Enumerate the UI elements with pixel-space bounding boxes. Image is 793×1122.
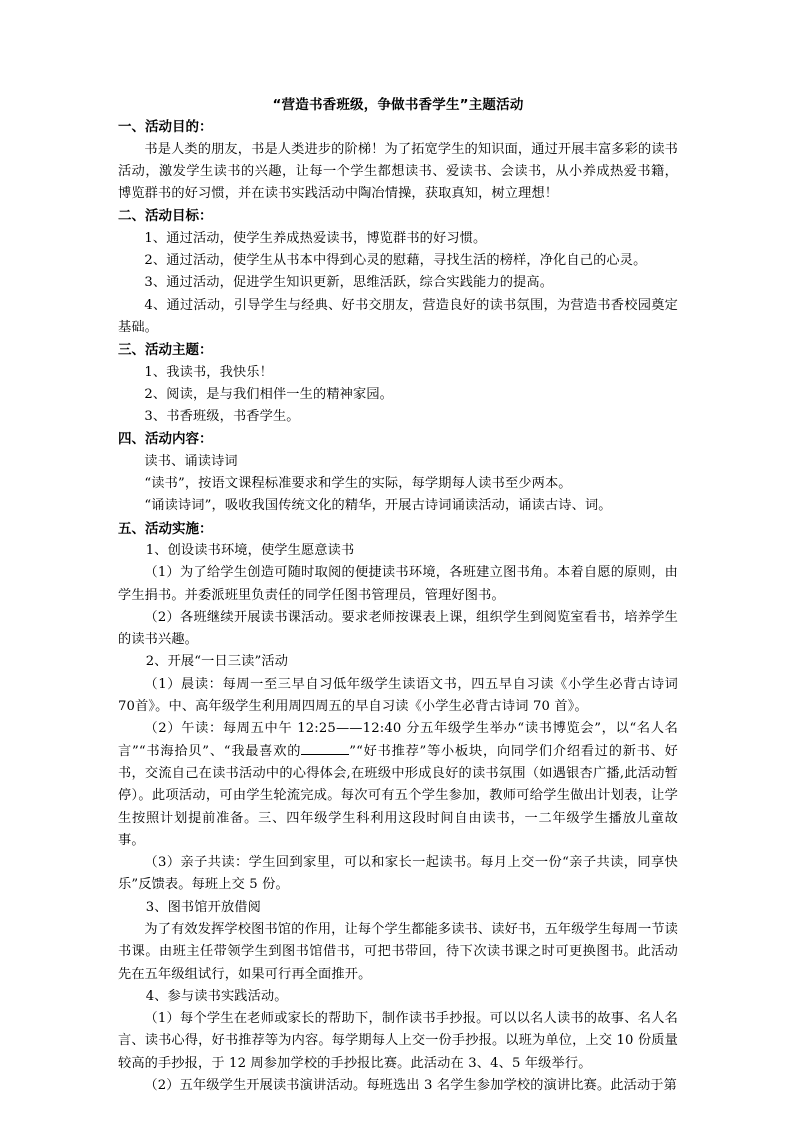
- paragraph: （1）晨读：每周一至三早自习低年级学生读语文书，四五早自习读《小学生必背古诗词 …: [118, 674, 678, 719]
- list-item: 2、阅读，是与我们相伴一生的精神家园。: [118, 384, 678, 406]
- subsection-title: 1、创设读书环境，使学生愿意读书: [118, 540, 678, 562]
- list-item: 4、通过活动，引导学生与经典、好书交朋友，营造良好的读书氛围，为营造书香校园奠定…: [118, 295, 678, 340]
- section-heading-purpose: 一、活动目的：: [118, 116, 678, 138]
- subsection-title: 4、参与读书实践活动。: [118, 986, 678, 1008]
- section-heading-goals: 二、活动目标：: [118, 205, 678, 227]
- subsection-title: 2、开展“一日三读”活动: [118, 651, 678, 673]
- list-item: 3、书香班级，书香学生。: [118, 406, 678, 428]
- list-item: 3、通过活动，促进学生知识更新，思维活跃，综合实践能力的提高。: [118, 272, 678, 294]
- document-title: “营造书香班级，争做书香学生”主题活动: [118, 94, 678, 116]
- paragraph: （3）亲子共读：学生回到家里，可以和家长一起读书。每月上交一份“亲子共读，同享快…: [118, 852, 678, 897]
- list-item: 读书、诵读诗词: [118, 451, 678, 473]
- paragraph: （2）五年级学生开展读书演讲活动。每班选出 3 名学生参加学校的演讲比赛。此活动…: [118, 1075, 678, 1097]
- subsection-title: 3、图书馆开放借阅: [118, 897, 678, 919]
- paragraph: 书是人类的朋友，书是人类进步的阶梯！为了拓宽学生的知识面，通过开展丰富多彩的读书…: [118, 139, 678, 206]
- section-heading-implementation: 五、活动实施：: [118, 518, 678, 540]
- document-page: “营造书香班级，争做书香学生”主题活动 一、活动目的： 书是人类的朋友，书是人类…: [118, 94, 678, 1097]
- list-item: “诵读诗词”，吸收我国传统文化的精华，开展古诗词诵读活动，诵读古诗、词。: [118, 495, 678, 517]
- list-item: 2、通过活动，使学生从书本中得到心灵的慰藉，寻找生活的榜样，净化自己的心灵。: [118, 250, 678, 272]
- text-run: ”“好书推荐”等小板块，向同学们介绍看过的新书、好书，交流自己在读书活动中的心得…: [118, 744, 678, 848]
- list-item: “读书”，按语文课程标准要求和学生的实际，每学期每人读书至少两本。: [118, 473, 678, 495]
- paragraph: （2）午读：每周五中午 12:25——12:40 分五年级学生举办“读书博览会”…: [118, 718, 678, 852]
- section-heading-content: 四、活动内容：: [118, 428, 678, 450]
- paragraph: （2）各班继续开展读书课活动。要求老师按课表上课，组织学生到阅览室看书，培养学生…: [118, 607, 678, 652]
- paragraph: （1）每个学生在老师或家长的帮助下，制作读书手抄报。可以以名人读书的故事、名人名…: [118, 1008, 678, 1075]
- list-item: 1、我读书，我快乐！: [118, 362, 678, 384]
- paragraph: （1）为了给学生创造可随时取阅的便捷读书环境，各班建立图书角。本着自愿的原则，由…: [118, 562, 678, 607]
- list-item: 1、通过活动，使学生养成热爱读书，博览群书的好习惯。: [118, 228, 678, 250]
- section-heading-theme: 三、活动主题：: [118, 339, 678, 361]
- paragraph: 为了有效发挥学校图书馆的作用，让每个学生都能多读书、读好书，五年级学生每周一节读…: [118, 919, 678, 986]
- fill-in-blank: [301, 742, 349, 755]
